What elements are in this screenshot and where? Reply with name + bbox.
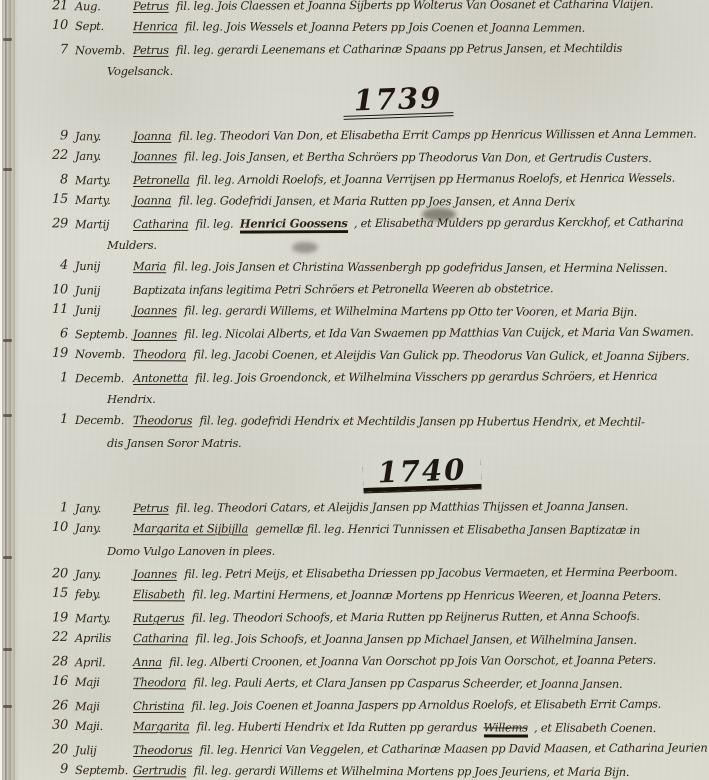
entry-body: Elisabeth fil. leg. Martini Hermens, et … <box>133 584 707 606</box>
register-entry: 11 Junij Joannes fil. leg. gerardi Wille… <box>43 299 707 321</box>
stitch-mark <box>3 648 12 651</box>
entry-month: Aprilis <box>75 628 133 648</box>
entry-body: Theodorus fil. leg. Henrici Van Veggelen… <box>133 738 707 761</box>
entry-text: fil. leg. Alberti Croonen, et Joanna Van… <box>169 653 656 669</box>
child-name: Margarita et Sijbijlla <box>133 521 248 535</box>
child-name: Joanna <box>133 129 171 143</box>
entry-month: Jany. <box>75 518 133 538</box>
child-name: Theodora <box>133 675 186 689</box>
entry-body: Petrus fil. leg. gerardi Leenemans et Ca… <box>133 38 707 61</box>
register-entry: 21 Aug. Petrus fil. leg. Jois Claessen e… <box>43 0 707 15</box>
entry-text: fil. leg. godefridi Hendrix et Mechtildi… <box>200 413 645 429</box>
entry-line: 19 Novemb. Theodora fil. leg. Jacobi Coe… <box>43 342 707 366</box>
register-entry: 30 Maji. Margarita fil. leg. Huberti Hen… <box>43 715 707 737</box>
entry-body: Petrus fil. leg. Theodori Catars, et Ale… <box>133 496 707 519</box>
register-entry: 4 Junij Maria fil. leg. Jois Jansen et C… <box>43 255 707 277</box>
entry-text: fil. leg. Jois Coenen et Joanna Jaspers … <box>191 697 661 713</box>
entry-line: 20 Julij Theodorus fil. leg. Henrici Van… <box>43 736 707 761</box>
register-entry: 20 Jany. Joannes fil. leg. Petri Meijs, … <box>43 561 707 583</box>
register-entry: 15 Marty. Joanna fil. leg. Godefridi Jan… <box>43 189 707 211</box>
entry-line: 16 Maji Theodora fil. leg. Pauli Aerts, … <box>43 670 707 694</box>
entry-line: 30 Maji. Margarita fil. leg. Huberti Hen… <box>43 714 707 738</box>
register-entry: 29 Martij Catharina fil. leg. Henrici Go… <box>43 211 707 255</box>
entry-text: fil. leg. Jois Wessels et Joanna Peters … <box>185 19 585 34</box>
child-name: Petrus <box>133 0 169 13</box>
child-name: Petrus <box>133 501 169 515</box>
register-entry: 22 Aprilis Catharina fil. leg. Jois Scho… <box>43 627 707 649</box>
register-entry: 10 Sept. Henrica fil. leg. Jois Wessels … <box>43 15 707 37</box>
child-name: Joanna <box>133 193 171 207</box>
child-name: Theodora <box>133 347 186 361</box>
entry-body: Anna fil. leg. Alberti Croonen, et Joann… <box>133 650 707 673</box>
entry-line: 11 Junij Joannes fil. leg. gerardi Wille… <box>43 298 707 322</box>
entry-line: 28 April. Anna fil. leg. Alberti Croonen… <box>43 648 707 673</box>
register-entry: 26 Maji Christina fil. leg. Jois Coenen … <box>43 693 707 715</box>
child-name: Anna <box>133 655 162 669</box>
entry-day: 10 <box>43 518 68 538</box>
entry-text: fil. leg. Jois Jansen, et Bertha Schröer… <box>184 149 651 165</box>
register-entry: 20 Julij Theodorus fil. leg. Henrici Van… <box>43 737 707 759</box>
register-entry: 10 Jany. Margarita et Sijbijlla gemellæ … <box>43 517 707 561</box>
register-entry: 15 feby. Elisabeth fil. leg. Martini Her… <box>43 583 707 605</box>
entry-continuation: Hendrix. <box>107 387 707 409</box>
child-name: Catharina <box>133 217 188 231</box>
child-name: Henrica <box>133 19 178 33</box>
entry-month: Martij <box>75 214 133 234</box>
entry-continuation: dis Jansen Soror Matris. <box>107 431 707 453</box>
stitch-mark <box>3 705 12 708</box>
entry-body: Henrica fil. leg. Jois Wessels et Joanna… <box>133 16 707 38</box>
entry-line: 15 Marty. Joanna fil. leg. Godefridi Jan… <box>43 188 707 212</box>
entry-line: 9 Septemb. Gertrudis fil. leg. gerardi W… <box>43 758 707 780</box>
entry-text: , et Elisabeth Coenen. <box>534 721 656 735</box>
register-entry: 1 Decemb. Theodorus fil. leg. godefridi … <box>43 409 707 453</box>
entry-text: fil. leg. Pauli Aerts, et Clara Jansen p… <box>193 675 622 690</box>
entry-line: 19 Marty. Rutgerus fil. leg. Theodori Sc… <box>43 604 707 629</box>
child-name: Petrus <box>133 43 169 57</box>
entry-text: fil. leg. gerardi Willems, et Wilhelmina… <box>184 303 637 319</box>
entry-line: 10 Sept. Henrica fil. leg. Jois Wessels … <box>43 14 707 38</box>
entry-day: 1 <box>43 410 68 430</box>
entry-body: Theodorus fil. leg. godefridi Hendrix et… <box>133 410 707 432</box>
child-name: Catharina <box>133 631 188 645</box>
entry-text: fil. leg. Jois Schoofs, et Joanna Jansen… <box>196 631 637 647</box>
entry-line: 29 Martij Catharina fil. leg. Henrici Go… <box>43 210 707 235</box>
entry-day: 19 <box>43 344 68 364</box>
entry-body: Baptizata infans legitima Petri Schröers… <box>133 278 707 301</box>
entry-line: 10 Jany. Margarita et Sijbijlla gemellæ … <box>43 516 707 540</box>
entry-day: 4 <box>43 256 68 276</box>
year-heading-1740: 1740 <box>362 454 481 492</box>
entry-day: 15 <box>43 190 68 210</box>
entry-text: fil. leg. Jois Groendonck, et Wilhelmina… <box>195 369 657 385</box>
entry-day: 15 <box>43 584 68 604</box>
entry-month: Septemb. <box>75 760 133 780</box>
register-entry: 9 Septemb. Gertrudis fil. leg. gerardi W… <box>43 759 707 780</box>
entry-line: 22 Jany. Joannes fil. leg. Jois Jansen, … <box>43 144 707 168</box>
entry-month: Maji <box>75 672 133 692</box>
entry-text: fil. leg. Godefridi Jansen, et Maria Rut… <box>179 193 575 208</box>
entry-month: Junij <box>75 256 133 276</box>
child-name: Gertrudis <box>133 763 186 777</box>
entry-text: , et Elisabetha Mulders pp gerardus Kerc… <box>354 215 684 230</box>
child-name: Joannes <box>133 327 177 341</box>
entry-line: 8 Marty. Petronella fil. leg. Arnoldi Ro… <box>43 166 707 191</box>
entry-text: fil. leg. Theodori Schoofs, et Maria Rut… <box>192 609 640 625</box>
entry-line: 10 Junij Baptizata infans legitima Petri… <box>43 276 707 301</box>
entry-text: fil. leg. Jois Claessen et Joanna Sijber… <box>176 0 653 13</box>
entry-body: Joannes fil. leg. gerardi Willems, et Wi… <box>133 300 707 322</box>
register-entry: 8 Marty. Petronella fil. leg. Arnoldi Ro… <box>43 167 707 189</box>
entry-line: 26 Maji Christina fil. leg. Jois Coenen … <box>43 692 707 717</box>
entry-body: Gertrudis fil. leg. gerardi Willems et W… <box>133 760 707 780</box>
section-1739-entries: 9 Jany. Joanna fil. leg. Theodori Van Do… <box>43 123 707 453</box>
entry-line: 6 Septemb. Joannes fil. leg. Nicolai Alb… <box>43 320 707 345</box>
entry-body: Joannes fil. leg. Jois Jansen, et Bertha… <box>133 146 707 168</box>
child-name: Joannes <box>133 567 177 581</box>
entry-line: 4 Junij Maria fil. leg. Jois Jansen et C… <box>43 254 707 278</box>
entry-day: 29 <box>43 214 68 234</box>
register-entry: 22 Jany. Joannes fil. leg. Jois Jansen, … <box>43 145 707 167</box>
register-entry: 19 Novemb. Theodora fil. leg. Jacobi Coe… <box>43 343 707 365</box>
entry-body: Margarita et Sijbijlla gemellæ fil. leg.… <box>133 518 707 540</box>
entry-body: Theodora fil. leg. Jacobi Coenen, et Ale… <box>133 344 707 366</box>
entry-text: fil. leg. Theodori Van Don, et Elisabeth… <box>179 127 697 143</box>
entry-month: Marty. <box>75 190 133 210</box>
entry-text: fil. leg. Huberti Hendrix et Ida Rutten … <box>197 719 478 734</box>
entry-line: 1 Decemb. Antonetta fil. leg. Jois Groen… <box>43 364 707 389</box>
stitch-mark <box>3 168 12 171</box>
register-page: 21 Aug. Petrus fil. leg. Jois Claessen e… <box>19 0 709 780</box>
section-pre-1739-entries: 21 Aug. Petrus fil. leg. Jois Claessen e… <box>43 0 707 81</box>
stitch-mark <box>3 414 12 417</box>
entry-month: feby. <box>75 584 133 604</box>
child-name: Theodorus <box>133 413 192 427</box>
entry-text: fil. leg. Jois Jansen et Christina Wasse… <box>174 259 668 275</box>
stitch-mark <box>3 556 12 559</box>
register-entry: 1 Jany. Petrus fil. leg. Theodori Catars… <box>43 495 707 517</box>
entry-line: 1 Jany. Petrus fil. leg. Theodori Catars… <box>43 494 707 519</box>
binding-edge <box>0 0 19 780</box>
entry-day: 30 <box>43 716 68 736</box>
section-1740-entries: 1 Jany. Petrus fil. leg. Theodori Catars… <box>43 495 707 780</box>
entry-body: Maria fil. leg. Jois Jansen et Christina… <box>133 256 707 278</box>
entry-body: Theodora fil. leg. Pauli Aerts, et Clara… <box>133 672 707 694</box>
entry-day: 1 <box>43 368 68 388</box>
child-name: Petronella <box>133 173 190 187</box>
entry-body: Joanna fil. leg. Theodori Van Don, et El… <box>133 124 707 147</box>
child-name: Theodorus <box>133 743 192 757</box>
entry-text: fil. leg. Henrici Van Veggelen, et Catha… <box>200 741 708 757</box>
entry-month: Decemb. <box>75 368 133 388</box>
child-name: Rutgerus <box>133 611 184 625</box>
entry-day: 9 <box>43 760 68 780</box>
register-entry: 6 Septemb. Joannes fil. leg. Nicolai Alb… <box>43 321 707 343</box>
entry-day: 22 <box>43 628 68 648</box>
register-entry: 28 April. Anna fil. leg. Alberti Croonen… <box>43 649 707 671</box>
entry-body: Christina fil. leg. Jois Coenen et Joann… <box>133 694 707 717</box>
register-entry: 19 Marty. Rutgerus fil. leg. Theodori Sc… <box>43 605 707 627</box>
child-name: Antonetta <box>133 371 188 385</box>
entry-month: Jany. <box>75 146 133 166</box>
entry-line: 7 Novemb. Petrus fil. leg. gerardi Leene… <box>43 36 707 61</box>
entry-body: Joanna fil. leg. Godefridi Jansen, et Ma… <box>133 190 707 212</box>
register-entry: 7 Novemb. Petrus fil. leg. gerardi Leene… <box>43 37 707 81</box>
stitch-mark <box>3 339 12 342</box>
child-name: Elisabeth <box>133 587 185 601</box>
entry-day: 16 <box>43 672 68 692</box>
entry-body: Petronella fil. leg. Arnoldi Roelofs, et… <box>133 168 707 191</box>
register-entry: 1 Decemb. Antonetta fil. leg. Jois Groen… <box>43 365 707 409</box>
entry-month: Novemb. <box>75 344 133 364</box>
entry-day: 10 <box>43 16 68 36</box>
year-heading-1739: 1739 <box>342 82 453 120</box>
entry-continuation: Vogelsanck. <box>107 59 707 81</box>
entry-body: Joannes fil. leg. Petri Meijs, et Elisab… <box>133 562 707 585</box>
entry-line: 1 Decemb. Theodorus fil. leg. godefridi … <box>43 408 707 432</box>
entry-body: Catharina fil. leg. Jois Schoofs, et Joa… <box>133 628 707 650</box>
entry-month: Sept. <box>75 16 133 36</box>
entry-text: gemellæ fil. leg. Henrici Tunnissen et E… <box>255 522 640 537</box>
entry-text: fil. leg. Nicolai Alberts, et Ida Van Sw… <box>184 325 693 341</box>
child-name: Margarita <box>133 719 189 733</box>
entry-month: Junij <box>75 300 133 320</box>
entry-text: Baptizata infans legitima Petri Schröers… <box>133 281 553 297</box>
entry-text: fil. leg. Petri Meijs, et Elisabetha Dri… <box>184 565 677 581</box>
entry-text: fil. leg. Jacobi Coenen, et Aleijdis Van… <box>193 347 689 363</box>
entry-body: Joannes fil. leg. Nicolai Alberts, et Id… <box>133 322 707 345</box>
entry-month: Novemb. <box>75 40 133 60</box>
entry-body: Rutgerus fil. leg. Theodori Schoofs, et … <box>133 606 707 629</box>
entry-line: 20 Jany. Joannes fil. leg. Petri Meijs, … <box>43 560 707 585</box>
entry-day: 22 <box>43 146 68 166</box>
entry-line: 15 feby. Elisabeth fil. leg. Martini Her… <box>43 582 707 606</box>
register-entry: 16 Maji Theodora fil. leg. Pauli Aerts, … <box>43 671 707 693</box>
entry-line: 9 Jany. Joanna fil. leg. Theodori Van Do… <box>43 122 707 147</box>
entry-text-marked: Henrici Goossens <box>240 216 348 233</box>
child-name: Joannes <box>133 303 177 317</box>
entry-day: 11 <box>43 300 68 320</box>
stitch-mark <box>3 38 12 41</box>
child-name: Joannes <box>133 149 177 163</box>
entry-text: fil. leg. Arnoldi Roelofs, et Joanna Ver… <box>197 171 675 187</box>
entry-text: fil. leg. gerardi Leenemans et Catharinæ… <box>176 41 622 57</box>
entry-text: fil. leg. Martini Hermens, et Joannæ Mor… <box>192 587 661 603</box>
entry-body: Antonetta fil. leg. Jois Groendonck, et … <box>133 366 707 389</box>
entry-line: 22 Aprilis Catharina fil. leg. Jois Scho… <box>43 626 707 650</box>
entry-continuation: Domo Vulgo Lanoven in plees. <box>107 539 707 561</box>
register-entry: 10 Junij Baptizata infans legitima Petri… <box>43 277 707 299</box>
entry-body: Margarita fil. leg. Huberti Hendrix et I… <box>133 716 707 738</box>
entry-text: fil. leg. gerardi Willems et Wilhelmina … <box>194 763 630 779</box>
child-name: Christina <box>133 699 184 713</box>
entry-day: 7 <box>43 40 68 60</box>
entry-month: Decemb. <box>75 410 133 430</box>
entry-text: fil. leg. <box>196 217 234 231</box>
entry-continuation: Mulders. <box>107 233 707 255</box>
entry-month: Maji. <box>75 716 133 736</box>
entry-text: fil. leg. Theodori Catars, et Aleijdis J… <box>176 499 628 515</box>
entry-body: Catharina fil. leg. Henrici Goossens , e… <box>133 212 707 235</box>
register-entry: 9 Jany. Joanna fil. leg. Theodori Van Do… <box>43 123 707 145</box>
child-name: Maria <box>133 259 166 273</box>
